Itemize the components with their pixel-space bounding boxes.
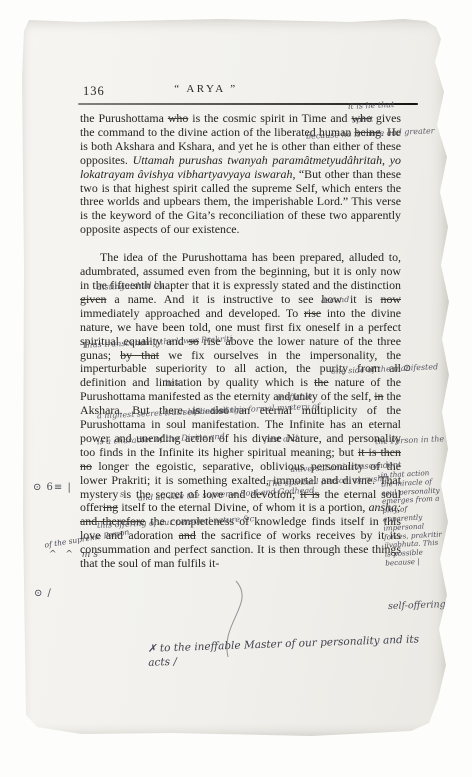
annotated-word: hasmanifested bbox=[148, 389, 200, 403]
running-title: “ ARYA ” bbox=[21, 83, 391, 95]
proof-mark-right: ⊙ bbox=[403, 363, 411, 374]
paragraph: The idea of the Purushottama has been pr… bbox=[80, 251, 401, 571]
margin-note-right-long: in that action the miracle of soul perso… bbox=[381, 468, 448, 568]
body-text: the Purushottama who is the cosmic spiri… bbox=[80, 112, 401, 571]
struck-text: in bbox=[374, 389, 383, 403]
text-segment: the Purushottama bbox=[80, 111, 168, 125]
annotated-word: because he is more and greaterthan bbox=[309, 139, 329, 153]
annotated-word: a highest secret truth behind all this f… bbox=[80, 417, 145, 431]
annotated-word: ascendrise bbox=[304, 306, 321, 320]
annotated-word: sing bbox=[103, 500, 118, 514]
text-segment: finds in the Infinite its higher bbox=[95, 445, 247, 459]
book-page: 136 “ ARYA ” the Purushottama who is the… bbox=[21, 17, 451, 738]
paragraph: the Purushottama who is the cosmic spiri… bbox=[80, 112, 401, 237]
handwritten-annotation: spirit bbox=[351, 115, 373, 124]
margin-caret-marks: ^ ^ ms bbox=[49, 550, 101, 560]
annotated-word: one side of the manifestedthe bbox=[314, 375, 329, 389]
proof-marks-left-1: ⊙ 6≡ | bbox=[33, 482, 72, 493]
annotated-word: self-becomingsoul bbox=[166, 417, 186, 431]
text-segment: manifested bbox=[148, 389, 200, 403]
margin-note-self-offering: self-offering, bbox=[388, 599, 449, 612]
struck-text: ing bbox=[103, 500, 118, 514]
annotated-word: is a character of the Divine andtoo bbox=[80, 445, 95, 459]
struck-text: by that bbox=[120, 348, 159, 362]
annotated-word: distinguished bygiven bbox=[80, 292, 106, 306]
struck-text: rise bbox=[304, 306, 321, 320]
struck-text: and bbox=[179, 528, 196, 542]
proof-marks-left-2: ⊙ / bbox=[34, 588, 52, 599]
handwritten-annotation: it is he that bbox=[348, 101, 395, 111]
text-segment: immediately approached and developed. To bbox=[80, 306, 304, 320]
annotated-word: Thus transcending the lower Prakritiby t… bbox=[120, 348, 159, 362]
text-segment: meaning; but bbox=[286, 445, 357, 459]
struck-text: given bbox=[80, 292, 106, 306]
struck-text: the bbox=[314, 375, 329, 389]
text-segment: than bbox=[309, 139, 329, 153]
scanned-page-photo: 136 “ ARYA ” the Purushottama who is the… bbox=[0, 0, 472, 777]
struck-text: now bbox=[381, 292, 401, 306]
annotated-word: and all else the supreme Soul and Godhea… bbox=[121, 500, 145, 514]
text-segment: soul bbox=[166, 417, 186, 431]
struck-text: who bbox=[168, 111, 188, 125]
text-segment: spiritual bbox=[247, 445, 286, 459]
text-segment: to the eternal Divine, of whom it is a p… bbox=[145, 500, 369, 514]
text-segment: in bbox=[145, 417, 166, 431]
annotated-word: first andspiritual bbox=[247, 445, 286, 459]
bottom-handwritten-note: ✗ to the ineffable Master of our persona… bbox=[148, 633, 427, 670]
text-segment: is the cosmic spirit in Time and bbox=[188, 111, 351, 125]
